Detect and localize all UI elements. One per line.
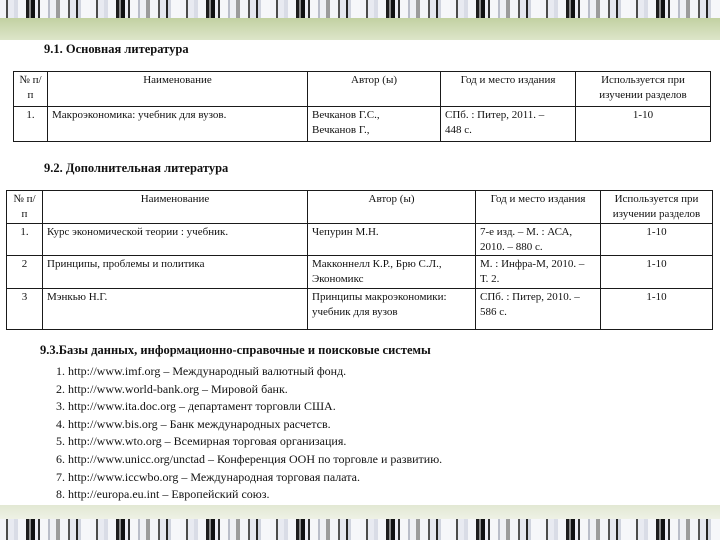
- cell-author: Макконнелл К.Р., Брю С.Л., Экономикс: [308, 256, 476, 289]
- table-row: 3 Мэнкью Н.Г. Принципы макроэкономики: у…: [7, 289, 713, 330]
- cell-sections-used: 1-10: [601, 289, 713, 330]
- list-item: 5. http://www.wto.org – Всемирная торгов…: [56, 433, 442, 451]
- main-literature-table: № п/п Наименование Автор (ы) Год и место…: [13, 71, 711, 142]
- table-row: 2 Принципы, проблемы и политика Макконне…: [7, 256, 713, 289]
- cell-edition: СПб. : Питер, 2010. – 586 с.: [476, 289, 601, 330]
- table-row: 1. Макроэкономика: учебник для вузов. Ве…: [14, 107, 711, 142]
- cell-edition: М. : Инфра-М, 2010. – Т. 2.: [476, 256, 601, 289]
- green-band-top: [0, 18, 720, 40]
- green-band-bottom: [0, 505, 720, 519]
- barcode-decoration-top: [0, 0, 720, 18]
- col-header-num: № п/п: [14, 72, 48, 107]
- list-item: 1. http://www.imf.org – Международный ва…: [56, 363, 442, 381]
- additional-literature-table: № п/п Наименование Автор (ы) Год и место…: [6, 190, 713, 330]
- list-item: 4. http://www.bis.org – Банк международн…: [56, 416, 442, 434]
- cell-title: Макроэкономика: учебник для вузов.: [48, 107, 308, 142]
- cell-title: Мэнкью Н.Г.: [43, 289, 308, 330]
- col-header-author: Автор (ы): [308, 72, 441, 107]
- col-header-author: Автор (ы): [308, 191, 476, 224]
- list-item: 2. http://www.world-bank.org – Мировой б…: [56, 381, 442, 399]
- col-header-sections-used: Используется при изучении разделов: [576, 72, 711, 107]
- col-header-edition: Год и место издания: [441, 72, 576, 107]
- cell-sections-used: 1-10: [601, 256, 713, 289]
- list-item: 3. http://www.ita.doc.org – департамент …: [56, 398, 442, 416]
- barcode-decoration-bottom: [0, 519, 720, 540]
- web-resources-list: 1. http://www.imf.org – Международный ва…: [56, 363, 442, 504]
- cell-num: 3: [7, 289, 43, 330]
- cell-sections-used: 1-10: [576, 107, 711, 142]
- cell-num: 1.: [7, 223, 43, 256]
- cell-author: Чепурин М.Н.: [308, 223, 476, 256]
- col-header-num: № п/п: [7, 191, 43, 224]
- col-header-edition: Год и место издания: [476, 191, 601, 224]
- section-9-3-title: 9.3.Базы данных, информационно-справочны…: [40, 343, 431, 358]
- cell-title: Курс экономической теории : учебник.: [43, 223, 308, 256]
- cell-edition: 7-е изд. – М. : АСА, 2010. – 880 с.: [476, 223, 601, 256]
- cell-num: 2: [7, 256, 43, 289]
- cell-edition: СПб. : Питер, 2011. – 448 с.: [441, 107, 576, 142]
- cell-author: Вечканов Г.С., Вечканов Г.,: [308, 107, 441, 142]
- cell-title: Принципы, проблемы и политика: [43, 256, 308, 289]
- col-header-title: Наименование: [48, 72, 308, 107]
- list-item: 8. http://europa.eu.int – Европейский со…: [56, 486, 442, 504]
- slide: 9.1. Основная литература № п/п Наименова…: [0, 0, 720, 540]
- section-9-1-title: 9.1. Основная литература: [44, 42, 189, 57]
- table-row: 1. Курс экономической теории : учебник. …: [7, 223, 713, 256]
- cell-author: Принципы макроэкономики: учебник для вуз…: [308, 289, 476, 330]
- cell-sections-used: 1-10: [601, 223, 713, 256]
- list-item: 6. http://www.unicc.org/unctad – Конфере…: [56, 451, 442, 469]
- section-9-2-title: 9.2. Дополнительная литература: [44, 161, 228, 176]
- col-header-sections-used: Используется при изучении разделов: [601, 191, 713, 224]
- table-header-row: № п/п Наименование Автор (ы) Год и место…: [14, 72, 711, 107]
- list-item: 7. http://www.iccwbo.org – Международная…: [56, 469, 442, 487]
- col-header-title: Наименование: [43, 191, 308, 224]
- cell-num: 1.: [14, 107, 48, 142]
- table-header-row: № п/п Наименование Автор (ы) Год и место…: [7, 191, 713, 224]
